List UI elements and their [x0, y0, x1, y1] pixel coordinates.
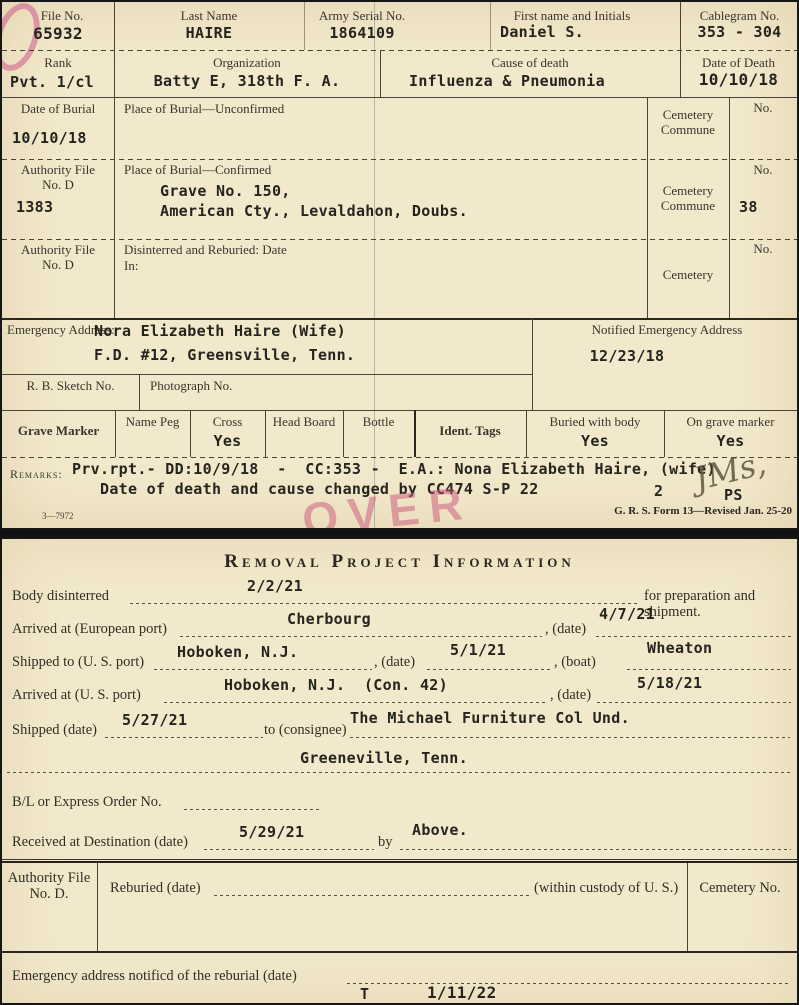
fill-line: [427, 669, 552, 670]
divider: [2, 457, 797, 458]
fill-line: [130, 603, 640, 604]
place-confirmed-label: Place of Burial—Confirmed: [124, 163, 271, 178]
army-serial-label: Army Serial No.: [262, 9, 462, 24]
date-of-death-label: Date of Death: [680, 56, 797, 71]
section-divider: [2, 318, 797, 320]
divider: [190, 410, 191, 457]
place-unconfirmed-label: Place of Burial—Unconfirmed: [124, 102, 284, 117]
authority-file-value: 1383: [16, 198, 53, 216]
date-label: , (date): [550, 688, 591, 704]
arrived-us-label: Arrived at (U. S. port): [12, 688, 141, 704]
divider: [114, 97, 115, 159]
first-name-value: Daniel S.: [442, 23, 642, 41]
fill-line: [596, 636, 791, 637]
arrived-us-value: Hoboken, N.J. (Con. 42): [224, 676, 448, 694]
cemetery-location-value: American Cty., Levaldahon, Doubs.: [160, 202, 468, 220]
divider: [647, 239, 648, 318]
bottle-label: Bottle: [343, 415, 414, 430]
divider: [139, 374, 140, 410]
photograph-label: Photograph No.: [150, 379, 232, 394]
notified-emergency-label: Notified Emergency Address: [537, 323, 797, 338]
bl-order-label: B/L or Express Order No.: [12, 795, 162, 811]
file-no-value: 65932: [12, 24, 104, 43]
consignee-value: The Michael Furniture Col Und.: [350, 709, 630, 727]
consignee-label: to (consignee): [264, 723, 347, 739]
preparation-shipment-label: for preparation and shipment.: [644, 589, 797, 621]
date-of-death-value: 10/10/18: [680, 70, 797, 89]
divider: [687, 863, 688, 951]
reburial-notified-t: T: [360, 985, 369, 1003]
divider: [729, 97, 730, 159]
removal-project-title: Removal Project Information: [2, 551, 797, 573]
divider: [680, 50, 681, 97]
by-label: by: [378, 835, 393, 851]
ident-tags-label: Ident. Tags: [414, 424, 526, 439]
divider: [2, 374, 532, 375]
rank-label: Rank: [2, 56, 114, 71]
boat-label: , (boat): [554, 655, 596, 671]
reburial-notified-date: 1/11/22: [427, 983, 497, 1002]
cross-label: Cross: [190, 415, 265, 430]
received-by-value: Above.: [412, 821, 468, 839]
no-label: No.: [729, 163, 797, 178]
divider: [97, 863, 98, 951]
shipped-us-value: Hoboken, N.J.: [177, 643, 298, 661]
notified-emergency-value: 12/23/18: [537, 347, 717, 365]
arrived-us-date: 5/18/21: [637, 674, 702, 692]
divider: [114, 159, 115, 239]
divider: [2, 97, 797, 98]
divider: [532, 318, 533, 410]
fill-line: [154, 669, 372, 670]
divider: [680, 2, 681, 50]
fill-line: [164, 702, 548, 703]
date-label: , (date): [545, 622, 586, 638]
buried-with-body-value: Yes: [526, 432, 664, 450]
emergency-address-line2: F.D. #12, Greensville, Tenn.: [94, 346, 355, 364]
divider: [647, 159, 648, 239]
divider: [304, 2, 305, 50]
file-no-label: File No.: [22, 9, 102, 24]
divider: [265, 410, 266, 457]
shipped-us-date: 5/1/21: [450, 641, 506, 659]
divider: [2, 410, 797, 411]
reburial-notified-label: Emergency address notificd of the reburi…: [12, 969, 297, 985]
divider: [526, 410, 527, 457]
fill-line: [597, 702, 791, 703]
divider: [2, 50, 797, 51]
fill-line: [180, 636, 542, 637]
cause-of-death-label: Cause of death: [380, 56, 680, 71]
cemetery-label: Cemetery: [649, 268, 727, 283]
army-serial-value: 1864109: [262, 24, 462, 42]
date-of-burial-value: 10/10/18: [12, 129, 87, 147]
scanned-burial-card-page: File No. 65932 Last Name HAIRE Army Seri…: [0, 0, 799, 1005]
remarks-label: Remarks:: [10, 468, 63, 482]
divider: [664, 410, 665, 457]
remarks-number: 2: [654, 482, 663, 500]
authority-file-label: Authority File No. D.: [4, 871, 94, 903]
date-of-burial-label: Date of Burial: [2, 102, 114, 117]
no-label: No.: [729, 242, 797, 257]
grs-form-13-card: File No. 65932 Last Name HAIRE Army Seri…: [0, 0, 799, 530]
rb-sketch-label: R. B. Sketch No.: [2, 379, 139, 394]
body-disinterred-label: Body disinterred: [12, 589, 109, 605]
divider: [114, 50, 115, 97]
cemetery-commune-label: Cemetery Commune: [649, 108, 727, 138]
fill-line: [627, 669, 791, 670]
authority-file-label: Authority File No. D: [18, 163, 98, 193]
divider: [729, 159, 730, 239]
organization-value: Batty E, 318th F. A.: [114, 72, 380, 90]
fill-line: [105, 737, 263, 738]
fill-line: [347, 983, 789, 984]
fill-line: [400, 849, 791, 850]
shipped-date-label: Shipped (date): [12, 723, 97, 739]
no-label: No.: [729, 101, 797, 116]
name-peg-label: Name Peg: [115, 415, 190, 430]
divider: [343, 410, 344, 457]
section-divider: [2, 859, 797, 863]
emergency-address-line1: Nora Elizabeth Haire (Wife): [94, 322, 346, 340]
date-label: , (date): [374, 655, 415, 671]
arrived-euro-date: 4/7/21: [599, 605, 655, 623]
cablegram-label: Cablegram No.: [682, 9, 797, 24]
received-label: Received at Destination (date): [12, 835, 188, 851]
buried-with-body-label: Buried with body: [526, 415, 664, 430]
remarks-line1: Prv.rpt.- DD:10/9/18 - CC:353 - E.A.: No…: [72, 460, 716, 478]
rank-value: Pvt. 1/cl: [10, 73, 94, 91]
divider: [414, 410, 416, 457]
organization-label: Organization: [114, 56, 380, 71]
divider: [2, 951, 797, 953]
shipped-date-value: 5/27/21: [122, 711, 187, 729]
divider: [647, 97, 648, 159]
arrived-euro-label: Arrived at (European port): [12, 622, 167, 638]
form-print-code: 3—7972: [42, 511, 74, 521]
divider: [2, 239, 797, 240]
arrived-euro-value: Cherbourg: [287, 610, 371, 628]
divider: [115, 410, 116, 457]
disinterred-in-label: In:: [124, 259, 138, 274]
first-name-label: First name and Initials: [472, 9, 672, 24]
boat-value: Wheaton: [647, 639, 712, 657]
divider: [490, 2, 491, 50]
fill-line: [184, 809, 322, 810]
cause-of-death-value: Influenza & Pneumonia: [362, 72, 652, 90]
cablegram-value: 353 - 304: [682, 23, 797, 41]
body-disinterred-value: 2/2/21: [247, 577, 303, 595]
received-value: 5/29/21: [239, 823, 304, 841]
cross-value: Yes: [190, 432, 265, 450]
divider: [114, 239, 115, 318]
shipped-us-label: Shipped to (U. S. port): [12, 655, 144, 671]
head-board-label: Head Board: [265, 415, 343, 430]
divider: [729, 239, 730, 318]
grave-marker-label: Grave Marker: [2, 424, 115, 439]
cemetery-no-value: 38: [739, 198, 758, 216]
custody-label: (within custody of U. S.): [534, 881, 678, 897]
cemetery-no-label: Cemetery No.: [690, 881, 790, 897]
fill-line: [204, 849, 374, 850]
fill-line: [7, 772, 791, 773]
divider: [380, 50, 381, 97]
on-grave-marker-label: On grave marker: [664, 415, 797, 430]
grave-no-value: Grave No. 150,: [160, 182, 291, 200]
fill-line: [214, 895, 529, 896]
cemetery-commune-label: Cemetery Commune: [649, 184, 727, 214]
fill-line: [350, 737, 790, 738]
form-id-revision: G. R. S. Form 13—Revised Jan. 25-20: [562, 505, 792, 517]
consignee-line2: Greeneville, Tenn.: [300, 749, 468, 767]
on-grave-marker-value: Yes: [664, 432, 797, 450]
divider: [114, 2, 115, 50]
typed-initials: PS: [724, 486, 743, 504]
reburied-date-label: Reburied (date): [110, 881, 201, 897]
removal-project-card: Removal Project Information Body disinte…: [0, 537, 799, 1005]
authority-file-label: Authority File No. D: [18, 243, 98, 273]
divider: [2, 159, 797, 160]
disinterred-label: Disinterred and Reburied: Date: [124, 243, 287, 258]
